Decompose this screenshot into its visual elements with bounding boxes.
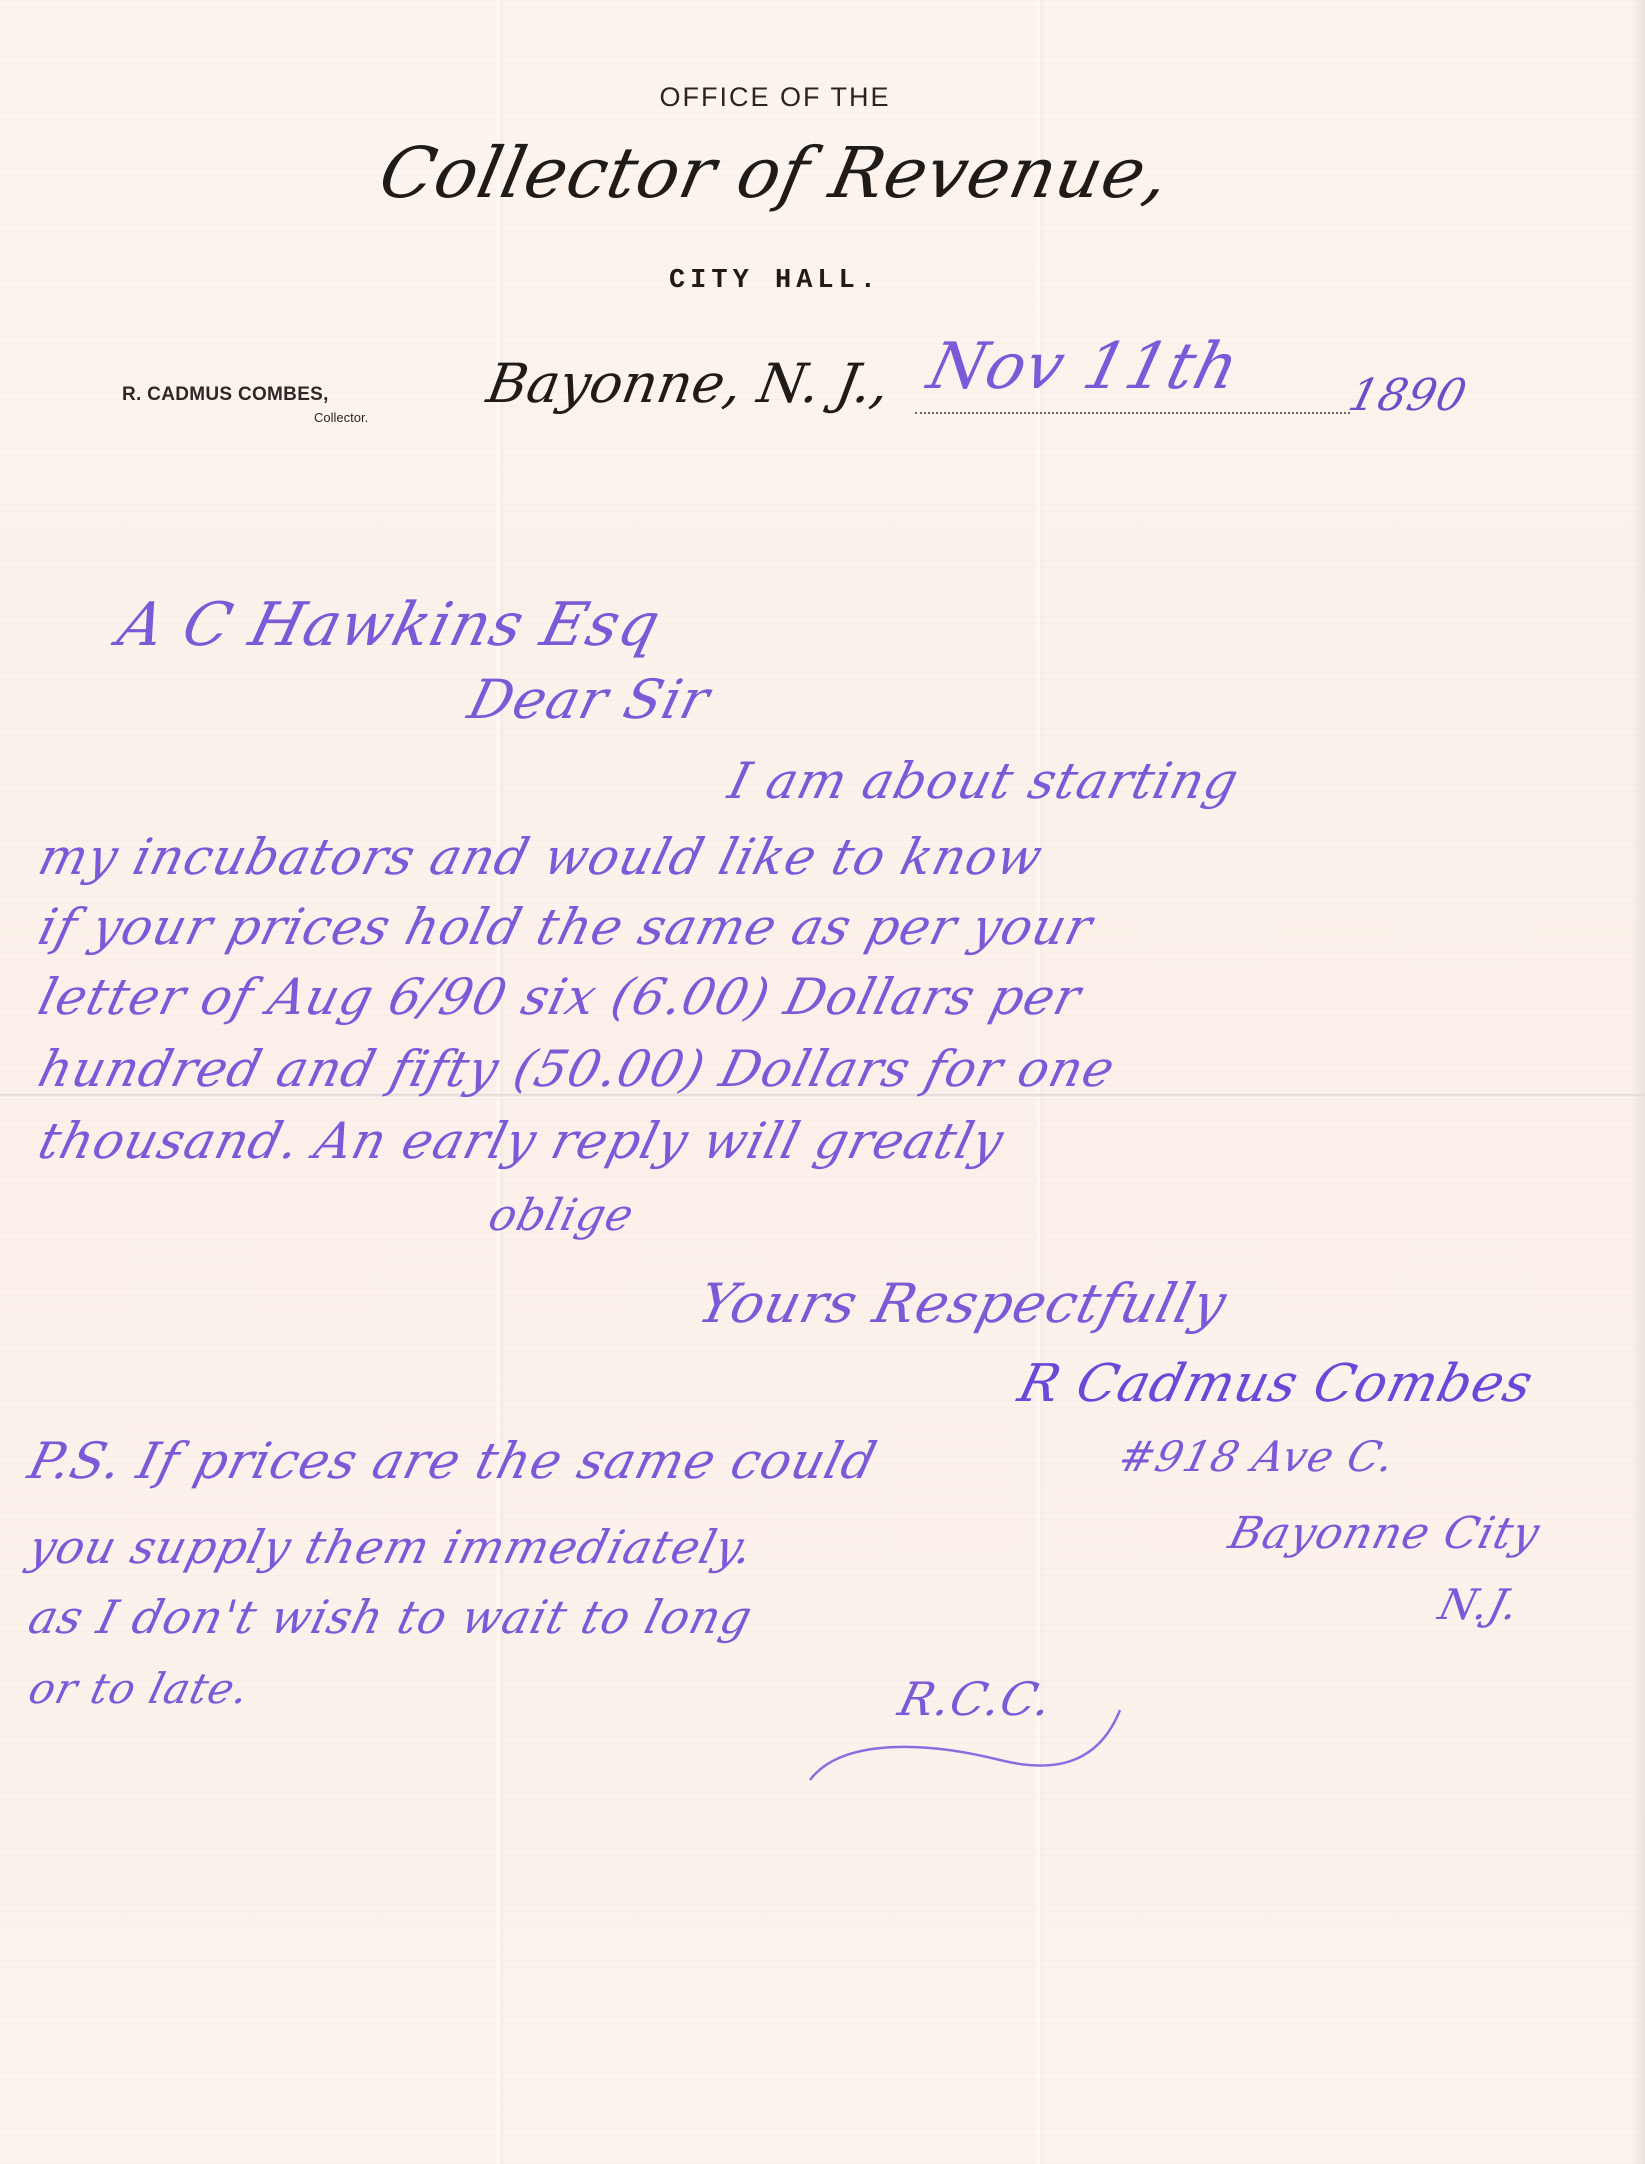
body-line: I am about starting — [723, 752, 1245, 810]
body-line: letter of Aug 6/90 six (6.00) Dollars pe… — [33, 968, 1087, 1026]
sender-address-line: Bayonne City — [1224, 1508, 1546, 1559]
sender-address-line: N.J. — [1434, 1580, 1525, 1629]
addressee: A C Hawkins Esq — [111, 590, 667, 660]
postscript-line: you supply them immediately. — [23, 1520, 759, 1574]
letterhead-office: OFFICE OF THE — [0, 82, 1550, 113]
body-line: if your prices hold the same as per your — [33, 898, 1099, 956]
date-dotted-rule — [915, 412, 1350, 414]
postscript-line: as I don't wish to wait to long — [23, 1590, 758, 1644]
body-line: thousand. An early reply will greatly — [33, 1112, 1010, 1170]
body-line: oblige — [484, 1190, 640, 1241]
salutation: Dear Sir — [462, 668, 716, 731]
body-line: my incubators and would like to know — [33, 828, 1049, 886]
handwritten-date: Nov 11th — [921, 330, 1247, 404]
sender-address-line: #918 Ave C. — [1114, 1432, 1400, 1481]
postscript-line: P.S. If prices are the same could — [23, 1432, 883, 1490]
handwritten-year: 1890 — [1344, 370, 1473, 421]
body-line: hundred and fifty (50.00) Dollars for on… — [33, 1040, 1121, 1098]
letterhead-place: Bayonne, N. J., — [482, 352, 894, 415]
letterhead-collector-role: Collector. — [314, 410, 368, 425]
initials-flourish-icon — [800, 1700, 1130, 1810]
paper-edge — [1631, 0, 1645, 2164]
letterhead-collector-name: R. CADMUS COMBES, — [122, 384, 329, 406]
letterhead-city-hall: CITY HALL. — [0, 266, 1550, 296]
signature: R Cadmus Combes — [1013, 1354, 1540, 1414]
closing: Yours Respectfully — [692, 1272, 1233, 1335]
postscript-line: or to late. — [24, 1664, 255, 1713]
letterhead-title: Collector of Revenue, — [0, 132, 1559, 214]
